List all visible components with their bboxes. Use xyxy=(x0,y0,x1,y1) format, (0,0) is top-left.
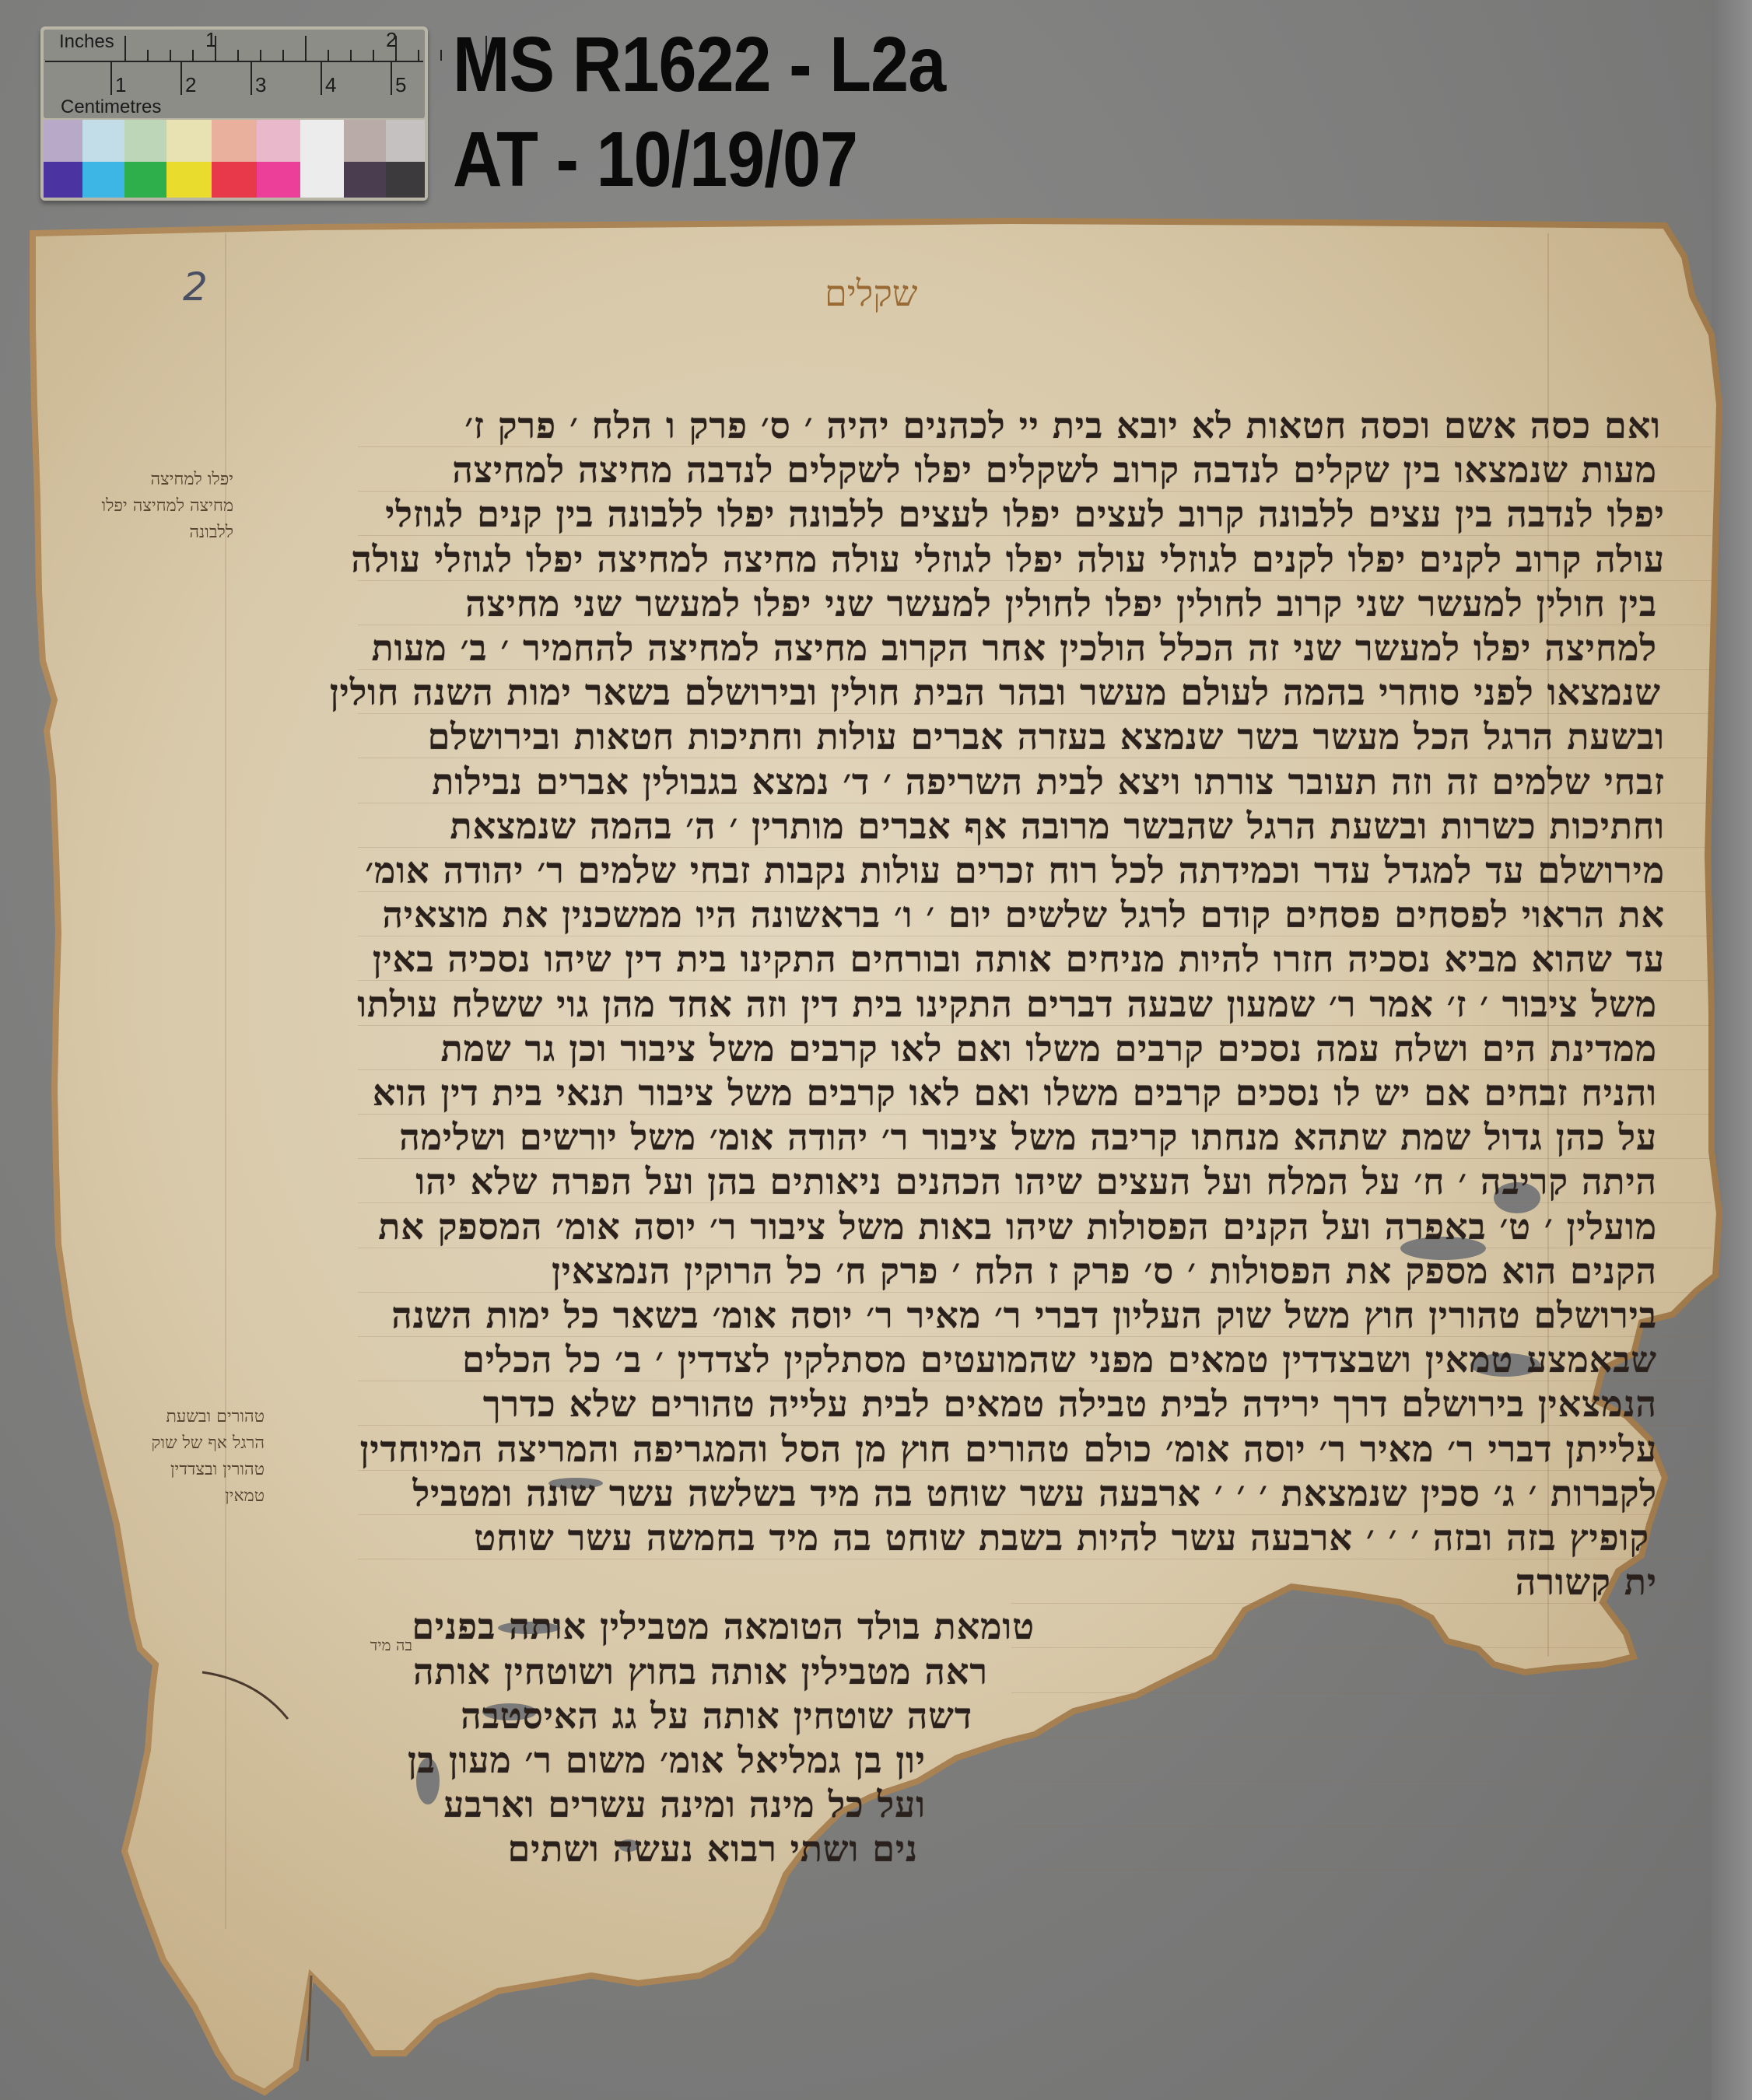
running-head: שקלים xyxy=(825,272,917,314)
line-ruling xyxy=(1011,1692,1712,1693)
line-ruling xyxy=(358,758,1712,758)
text-line: והניח זבחים אם יש לו נסכים קרבים משלו וא… xyxy=(373,1072,1657,1114)
text-line: שבאמצע טמאין ושבצדדין טמאים מפני שהמועטי… xyxy=(462,1339,1657,1381)
text-line: על כהן גדול שמת שתהא מנחתו קריבה משל ציב… xyxy=(399,1116,1657,1158)
line-ruling xyxy=(1011,1737,1712,1738)
line-ruling xyxy=(358,446,1712,447)
text-line: עלייתן דברי ר׳ מאיר ר׳ יוסה אומ׳ כולם טה… xyxy=(360,1428,1657,1470)
text-line: דשה שוטחין אותה על גג האיסטבה xyxy=(461,1695,972,1737)
text-line: ואם כסה אשם וכסה חטאות לא יובא בית יי לכ… xyxy=(464,404,1661,446)
text-line: לקברות ׳ ג׳ סכין שנמצאת ׳ ׳ ׳ ארבעה עשר … xyxy=(413,1472,1657,1514)
line-ruling xyxy=(358,1425,1712,1426)
line-ruling xyxy=(358,535,1712,536)
text-line: ועל כל מינה ומינה עשרים וארבע xyxy=(443,1783,926,1825)
line-ruling xyxy=(1011,1647,1712,1648)
text-line: טומאת בולד הטומאה מטבילין אותה בפנים xyxy=(412,1605,1035,1647)
text-line: ממדינת הים ושלח עמה נסכים קרבים משלו ואם… xyxy=(441,1027,1657,1069)
text-line: יון בן גמליאל אומ׳ משום ר׳ מעון בן xyxy=(408,1739,926,1781)
line-ruling xyxy=(358,491,1712,492)
line-ruling xyxy=(358,1158,1712,1159)
line-ruling xyxy=(358,891,1712,892)
text-line: וחתיכות כשרות ובשעת הרגל שהבשר מרובה אף … xyxy=(450,805,1665,847)
line-ruling xyxy=(1011,1825,1712,1826)
text-line: משל ציבור ׳ ז׳ אמר ר׳ שמעון שבעה דברים ה… xyxy=(357,983,1657,1025)
margin-note-inline-bottom: בה מיד xyxy=(327,1632,412,1658)
text-line: מועלין ׳ ט׳ באפרה ועל הקנים הפסולות שיהו… xyxy=(378,1206,1657,1248)
text-line: מעות שנמצאו בין שקלים לנדבה קרוב לשקלים … xyxy=(452,449,1657,491)
text-line: בירושלם טהורין חוץ משל שוק העליון דברי ר… xyxy=(391,1294,1657,1336)
text-line: היתה קריבה ׳ ח׳ על המלח ועל העצים שיהו ה… xyxy=(415,1160,1657,1202)
text-line: הנמצאין בירושלם דרך ירידה לבית טבילה טמא… xyxy=(483,1383,1657,1425)
line-ruling xyxy=(358,1114,1712,1115)
text-line: נים ושתי רבוא נעשה ושתים xyxy=(508,1828,918,1870)
folio-number: 2 xyxy=(183,264,208,310)
line-ruling xyxy=(1011,1603,1712,1604)
text-line: בין חולין למעשר שני קרוב לחולין יפלו לחו… xyxy=(465,583,1657,625)
line-ruling xyxy=(1011,1781,1712,1782)
line-ruling xyxy=(358,713,1712,714)
text-line: מירושלם עד למגדל עדר וכמידתה לכל רוח זכר… xyxy=(365,849,1665,891)
text-line: עולה קרוב לקנים יפלו לקנים לגוזלי עולה י… xyxy=(351,538,1665,580)
text-line: עד שהוא מביא נסכיה חזרו להיות מניחים אות… xyxy=(373,938,1665,980)
line-ruling xyxy=(358,1381,1712,1381)
text-line: למחיצה יפלו למעשר שני זה הכלל הולכין אחר… xyxy=(372,627,1657,669)
margin-note-lower-left: טהורים ובשעת הרגל אף של שוק טהורין ובצדד… xyxy=(109,1404,265,1510)
line-ruling xyxy=(358,580,1712,581)
margin-note-upper-left: יפלו למחיצה מחיצה למחיצה יפלו ללבונה xyxy=(86,467,233,546)
line-ruling xyxy=(1011,1870,1712,1871)
line-ruling xyxy=(358,1559,1712,1559)
line-ruling xyxy=(358,1336,1712,1337)
line-ruling xyxy=(358,669,1712,670)
text-line: הקנים הוא מספק את הפסולות ׳ ס׳ פרק ז הלח… xyxy=(552,1250,1657,1292)
line-ruling xyxy=(358,936,1712,936)
text-line: ית קשורה xyxy=(1515,1561,1657,1603)
text-line: ראה מטבילין אותה בחוץ ושוטחין אותה xyxy=(413,1650,988,1692)
text-line: זבחי שלמים זה וזה תעובר צורתו ויצא לבית … xyxy=(432,761,1665,803)
text-line: שנמצאו לפני סוחרי בהמה לעולם מעשר ובהר ה… xyxy=(330,671,1661,713)
line-ruling xyxy=(358,980,1712,981)
text-line: את הראוי לפסחים פסחים קודם לרגל שלשים יו… xyxy=(382,894,1665,936)
text-line: יפלו לנדבה בין עצים ללבונה קרוב לעצים יפ… xyxy=(385,493,1665,535)
text-line: ובשעת הרגל הכל מעשר בשר שנמצא בעזרה אברי… xyxy=(428,716,1665,758)
line-ruling xyxy=(358,1202,1712,1203)
text-line: קופיץ בזה ובזה ׳ ׳ ׳ ארבעה עשר להיות בשב… xyxy=(474,1517,1649,1559)
